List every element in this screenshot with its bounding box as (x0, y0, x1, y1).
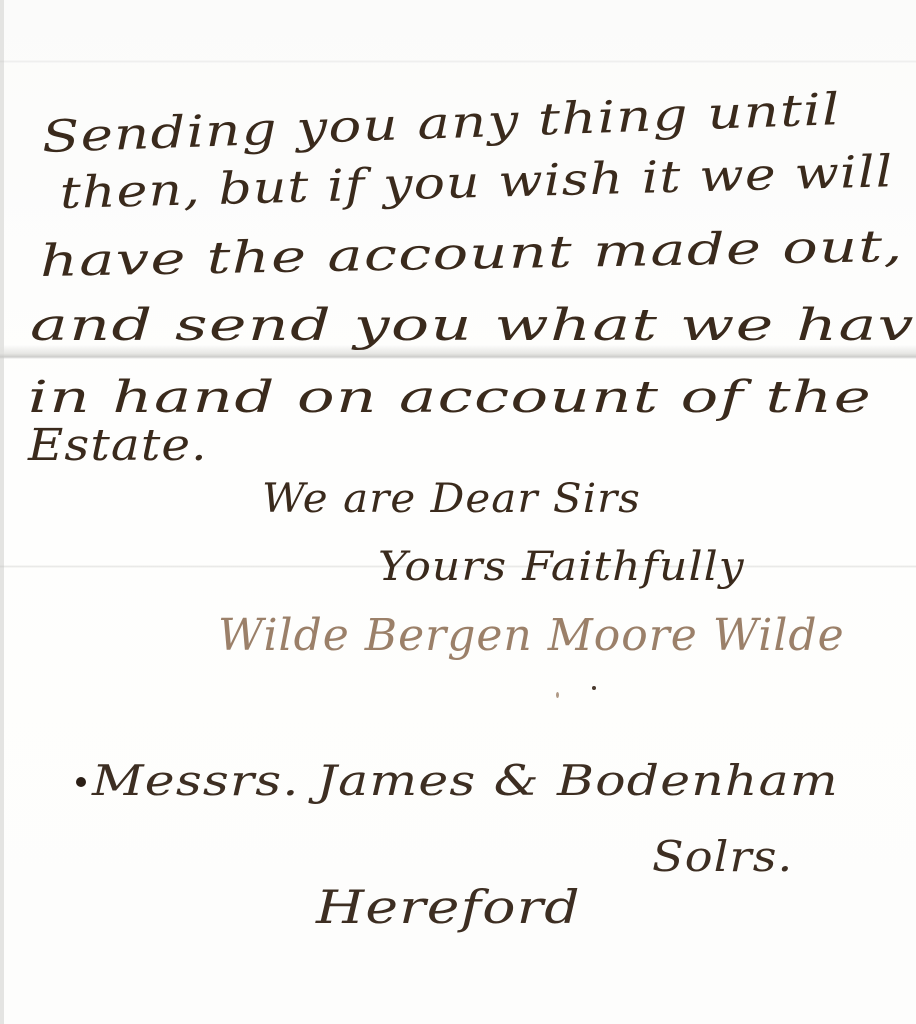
closing-salutation: We are Dear Sirs (262, 476, 641, 522)
body-line-5: in hand on account of the (28, 372, 872, 423)
closing-valediction: Yours Faithfully (378, 544, 745, 590)
signature-mark (556, 692, 559, 698)
bleed-through-text: faint reverse-side writing (0, 456, 181, 685)
address-town: Hereford (316, 880, 581, 934)
signature-dot (592, 686, 596, 690)
signature: Wilde Bergen Moore Wilde (218, 610, 845, 661)
body-line-3: have the account made out, (40, 221, 904, 287)
fold-line-top (0, 60, 916, 63)
letter-page: faint reverse-side writing Sending you a… (0, 0, 916, 1024)
address-title: Solrs. (652, 832, 793, 881)
body-line-4: and send you what we have (30, 300, 916, 351)
body-line-6: Estate. (28, 420, 208, 471)
address-recipient: Messrs. James & Bodenham (92, 756, 839, 805)
address-bullet (76, 777, 86, 787)
page-edge (0, 0, 4, 1024)
